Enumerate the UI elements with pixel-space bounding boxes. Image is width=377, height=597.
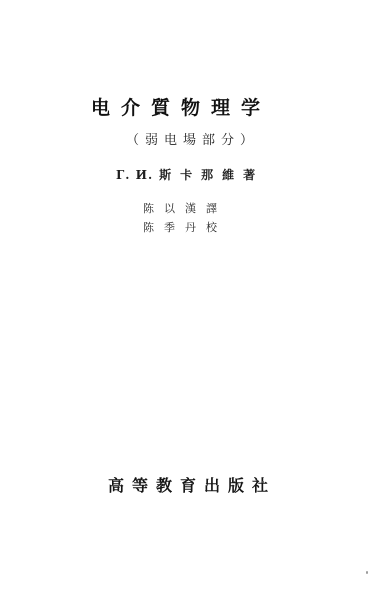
author-role: 著 bbox=[243, 168, 255, 182]
proofreader-line: 陈季丹校 bbox=[143, 222, 227, 233]
author-name: 斯卡那維 bbox=[159, 168, 243, 182]
book-subtitle: （弱电場部分） bbox=[126, 134, 259, 147]
author-line: Г. И.斯卡那維著 bbox=[116, 169, 255, 181]
publisher-name: 高等教育出版社 bbox=[108, 478, 276, 494]
print-speck bbox=[262, 481, 264, 483]
translator-line: 陈以漢譯 bbox=[143, 203, 227, 214]
author-initials: Г. И. bbox=[116, 168, 153, 182]
book-title: 电介質物理学 bbox=[91, 99, 271, 118]
print-speck bbox=[366, 571, 368, 574]
